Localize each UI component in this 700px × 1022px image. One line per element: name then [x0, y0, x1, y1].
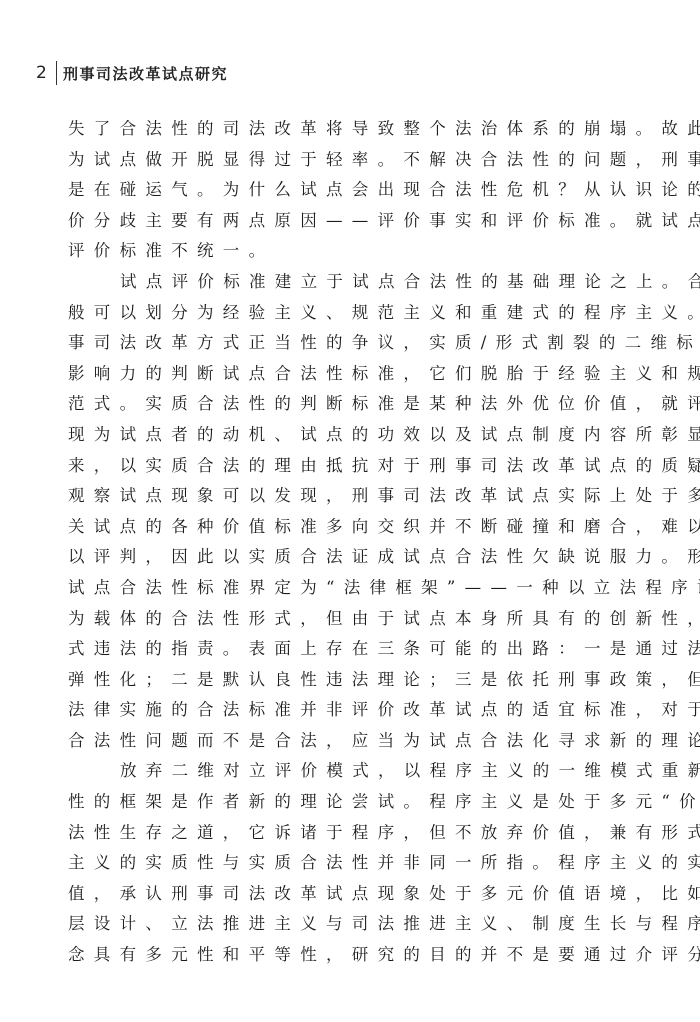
text-line: 合法性问题而不是合法，应当为试点合法化寻求新的理论框架。	[68, 726, 642, 757]
paragraph: 放弃二维对立评价模式，以程序主义的一维模式重新确立讨论试点合法 性的框架是作者新…	[68, 756, 642, 970]
text-line: 事司法改革方式正当性的争议，实质/形式割裂的二维标准一直以来是较具	[68, 328, 642, 359]
text-line: 评价标准不统一。	[68, 236, 642, 267]
header-divider	[56, 61, 57, 85]
page-number: 2	[36, 63, 50, 83]
paragraph: 失了合法性的司法改革将导致整个法治体系的崩塌。故此，以“良性违法” 为试点做开脱…	[68, 114, 642, 267]
text-line: 层设计、立法推进主义与司法推进主义、制度生长与程序法定。这些价值理	[68, 909, 642, 940]
text-line: 观察试点现象可以发现，刑事司法改革试点实际上处于多元价值语境中，有	[68, 481, 642, 512]
text-line: 法律实施的合法标准并非评价改革试点的适宜标准，对于试点更应关注的是	[68, 695, 642, 726]
text-line: 来，以实质合法的理由抵抗对于刑事司法改革试点的质疑已力不从心。通过	[68, 451, 642, 482]
body-text: 失了合法性的司法改革将导致整个法治体系的崩塌。故此，以“良性违法” 为试点做开脱…	[68, 114, 642, 971]
text-line: 影响力的判断试点合法性标准，它们脱胎于经验主义和规范主义合法性研究	[68, 359, 642, 390]
text-line: 现为试点者的动机、试点的功效以及试点制度内容所彰显的价值等。近年	[68, 420, 642, 451]
text-line: 价分歧主要有两点原因——评价事实和评价标准。就试点分歧来看，关键是	[68, 206, 642, 237]
book-page: 2 刑事司法改革试点研究 失了合法性的司法改革将导致整个法治体系的崩塌。故此，以…	[0, 0, 700, 1022]
text-line: 试点评价标准建立于试点合法性的基础理论之上。合法性的研究范式一	[68, 267, 642, 298]
text-line: 关试点的各种价值标准多向交织并不断碰撞和磨合，难以用某种优位价值予	[68, 512, 642, 543]
text-line: 式违法的指责。表面上存在三条可能的出路：一是通过法律解释将法律框架	[68, 634, 642, 665]
text-line: 失了合法性的司法改革将导致整个法治体系的崩塌。故此，以“良性违法”	[68, 114, 642, 145]
text-line: 放弃二维对立评价模式，以程序主义的一维模式重新确立讨论试点合法	[68, 756, 642, 787]
text-line: 念具有多元性和平等性，研究的目的并不是要通过介评分出高下，而是要将	[68, 940, 642, 971]
text-line: 性的框架是作者新的理论尝试。程序主义是处于多元“价值博弈”中的合	[68, 787, 642, 818]
running-head-title: 刑事司法改革试点研究	[63, 63, 228, 84]
running-head: 2 刑事司法改革试点研究	[36, 60, 228, 86]
text-line: 主义的实质性与实质合法性并非同一所指。程序主义的实质性不认同优位价	[68, 848, 642, 879]
text-line: 为试点做开脱显得过于轻率。不解决合法性的问题，刑事司法改革试点无疑	[68, 145, 642, 176]
text-line: 范式。实质合法性的判断标准是某种法外优位价值，就评价试点而言可以表	[68, 389, 642, 420]
text-line: 以评判，因此以实质合法证成试点合法性欠缺说服力。形式合法性则意图将	[68, 542, 642, 573]
text-line: 值，承认刑事司法改革试点现象处于多元价值语境，比如摸着石头过河与顶	[68, 879, 642, 910]
text-line: 是在碰运气。为什么试点会出现合法性危机？从认识论的角度出发，产生评	[68, 175, 642, 206]
text-line: 为载体的合法性形式，但由于试点本身所具有的创新性，因此必然面临着形	[68, 604, 642, 635]
text-line: 般可以划分为经验主义、规范主义和重建式的程序主义。为解决试点作为刑	[68, 298, 642, 329]
text-line: 弹性化；二是默认良性违法理论；三是依托刑事政策，但其实难以行得通。	[68, 665, 642, 696]
paragraph: 试点评价标准建立于试点合法性的基础理论之上。合法性的研究范式一 般可以划分为经验…	[68, 267, 642, 757]
text-line: 法性生存之道，它诉诸于程序，但不放弃价值，兼有形式性与实质性。程序	[68, 818, 642, 849]
text-line: 试点合法性标准界定为“法律框架”——一种以立法程序设定的规范文本	[68, 573, 642, 604]
